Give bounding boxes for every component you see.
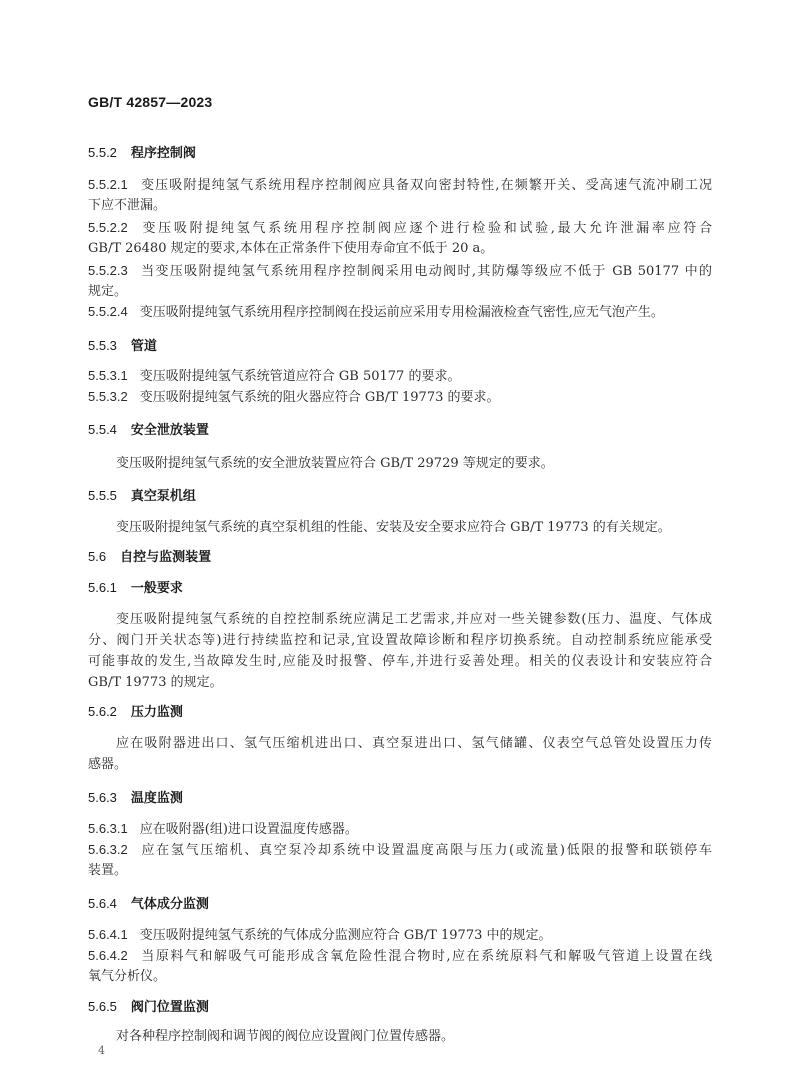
section-heading: 5.5.3管道 [88, 336, 157, 357]
section-title: 安全泄放装置 [131, 423, 209, 438]
text: 变压吸附提纯氢气系统用程序控制阀应逐个进行检验和试验,最大允许泄漏率应符合 [140, 221, 712, 236]
paragraph-text-line: GB/T 19773 的规定。 [88, 673, 712, 693]
clause-text-line: 5.5.2.2变压吸附提纯氢气系统用程序控制阀应逐个进行检验和试验,最大允许泄漏… [88, 218, 712, 239]
section-number: 5.6.5 [88, 999, 117, 1014]
text: 应在氢气压缩机、真空泵冷却系统中设置温度高限与压力(或流量)低限的报警和联锁停车 [140, 843, 712, 858]
section-number: 5.6.4 [88, 896, 117, 911]
clause-text-line: 5.6.4.2当原料气和解吸气可能形成含氧危险性混合物时,应在系统原料气和解吸气… [88, 946, 712, 967]
text: 变压吸附提纯氢气系统用程序控制阀在投运前应采用专用检漏液检查气密性,应无气泡产生… [140, 305, 664, 320]
section-number: 5.5.3 [88, 338, 117, 353]
page-number: 4 [98, 1044, 105, 1057]
section-title: 真空泵机组 [131, 489, 196, 504]
section-title: 程序控制阀 [131, 146, 196, 161]
clause-number: 5.5.3.2 [88, 389, 128, 404]
section-heading: 5.6自控与监测装置 [88, 547, 211, 568]
clause-text-line: 规定。 [88, 282, 712, 302]
section-number: 5.6.1 [88, 580, 117, 595]
clause-number: 5.5.2.2 [88, 220, 128, 235]
text: 感器。 [88, 757, 127, 772]
section-heading: 5.6.4气体成分监测 [88, 894, 209, 915]
text: 变压吸附提纯氢气系统的自控控制系统应满足工艺需求,并应对一些关键参数(压力、温度… [116, 612, 712, 627]
section-heading: 5.6.1一般要求 [88, 578, 183, 599]
text: 氧气分析仪。 [88, 969, 166, 984]
text: 规定。 [88, 284, 127, 299]
clause-text-line: 下应不泄漏。 [88, 196, 712, 216]
paragraph-text-line: 分、阀门开关状态等)进行持续监控和记录,宜设置故障诊断和程序切换系统。自动控制系… [88, 631, 712, 651]
section-number: 5.6 [88, 549, 106, 564]
section-number: 5.5.4 [88, 422, 117, 437]
clause-text-line: 装置。 [88, 861, 712, 881]
text: 应在吸附器(组)进口设置温度传感器。 [140, 822, 358, 837]
clause-number: 5.5.2.1 [88, 177, 128, 192]
section-title: 一般要求 [131, 581, 183, 596]
text: 变压吸附提纯氢气系统的真空泵机组的性能、安装及安全要求应符合 GB/T 1977… [116, 520, 671, 535]
text: 变压吸附提纯氢气系统的阻火器应符合 GB/T 19773 的要求。 [140, 390, 500, 405]
section-heading: 5.5.4安全泄放装置 [88, 420, 209, 441]
text: 分、阀门开关状态等)进行持续监控和记录,宜设置故障诊断和程序切换系统。自动控制系… [88, 633, 712, 648]
section-title: 压力监测 [131, 705, 183, 720]
clause-number: 5.6.4.2 [88, 948, 128, 963]
text: 当原料气和解吸气可能形成含氧危险性混合物时,应在系统原料气和解吸气管道上设置在线 [140, 949, 712, 964]
section-title: 自控与监测装置 [120, 550, 211, 565]
section-title: 气体成分监测 [131, 897, 209, 912]
paragraph-text-line: 对各种程序控制阀和调节阀的阀位应设置阀门位置传感器。 [116, 1027, 712, 1047]
section-heading: 5.6.5阀门位置监测 [88, 997, 209, 1018]
text: 对各种程序控制阀和调节阀的阀位应设置阀门位置传感器。 [116, 1029, 454, 1044]
text: 可能事故的发生,当故障发生时,应能及时报警、停车,并进行妥善处理。相关的仪表设计… [88, 654, 712, 669]
clause-text-line: 5.5.3.1变压吸附提纯氢气系统管道应符合 GB 50177 的要求。 [88, 366, 712, 387]
clause-text-line: 5.5.2.4变压吸附提纯氢气系统用程序控制阀在投运前应采用专用检漏液检查气密性… [88, 302, 712, 323]
section-heading: 5.5.5真空泵机组 [88, 486, 196, 507]
clause-text-line: 5.5.3.2变压吸附提纯氢气系统的阻火器应符合 GB/T 19773 的要求。 [88, 387, 712, 408]
section-heading: 5.5.2程序控制阀 [88, 143, 196, 164]
text: 变压吸附提纯氢气系统管道应符合 GB 50177 的要求。 [140, 369, 461, 384]
section-number: 5.6.3 [88, 790, 117, 805]
section-number: 5.5.2 [88, 145, 117, 160]
section-number: 5.6.2 [88, 704, 117, 719]
text: GB/T 19773 的规定。 [88, 675, 223, 690]
document-page: GB/T 42857—2023 5.5.2程序控制阀5.5.2.1变压吸附提纯氢… [0, 0, 794, 1070]
clause-text-line: 5.6.3.1应在吸附器(组)进口设置温度传感器。 [88, 819, 712, 840]
text: 装置。 [88, 863, 127, 878]
section-heading: 5.6.2压力监测 [88, 702, 183, 723]
paragraph-text-line: 变压吸附提纯氢气系统的真空泵机组的性能、安装及安全要求应符合 GB/T 1977… [116, 518, 712, 538]
clause-number: 5.5.2.3 [88, 263, 128, 278]
section-title: 温度监测 [131, 791, 183, 806]
text: 变压吸附提纯氢气系统的气体成分监测应符合 GB/T 19773 中的规定。 [140, 928, 552, 943]
clause-text-line: 5.5.2.3当变压吸附提纯氢气系统用程序控制阀采用电动阀时,其防爆等级应不低于… [88, 261, 712, 282]
paragraph-text-line: 变压吸附提纯氢气系统的自控控制系统应满足工艺需求,并应对一些关键参数(压力、温度… [116, 610, 712, 630]
paragraph-text-line: 变压吸附提纯氢气系统的安全泄放装置应符合 GB/T 29729 等规定的要求。 [116, 454, 712, 474]
text: 变压吸附提纯氢气系统的安全泄放装置应符合 GB/T 29729 等规定的要求。 [116, 456, 554, 471]
document-id-header: GB/T 42857—2023 [88, 94, 212, 110]
paragraph-text-line: 感器。 [88, 755, 712, 775]
clause-text-line: 5.6.3.2应在氢气压缩机、真空泵冷却系统中设置温度高限与压力(或流量)低限的… [88, 840, 712, 861]
clause-number: 5.6.3.2 [88, 842, 128, 857]
clause-text-line: 5.5.2.1变压吸附提纯氢气系统用程序控制阀应具备双向密封特性,在频繁开关、受… [88, 175, 712, 196]
text: GB/T 26480 规定的要求,本体在正常条件下使用寿命宜不低于 20 a。 [88, 241, 493, 256]
text: 变压吸附提纯氢气系统用程序控制阀应具备双向密封特性,在频繁开关、受高速气流冲刷工… [140, 178, 712, 193]
text: 当变压吸附提纯氢气系统用程序控制阀采用电动阀时,其防爆等级应不低于 GB 501… [140, 264, 712, 279]
clause-number: 5.5.2.4 [88, 304, 128, 319]
section-heading: 5.6.3温度监测 [88, 788, 183, 809]
clause-text-line: 氧气分析仪。 [88, 967, 712, 987]
text: 下应不泄漏。 [88, 198, 166, 213]
clause-text-line: 5.6.4.1变压吸附提纯氢气系统的气体成分监测应符合 GB/T 19773 中… [88, 925, 712, 946]
section-title: 管道 [131, 339, 157, 354]
section-number: 5.5.5 [88, 488, 117, 503]
clause-number: 5.5.3.1 [88, 368, 128, 383]
paragraph-text-line: 可能事故的发生,当故障发生时,应能及时报警、停车,并进行妥善处理。相关的仪表设计… [88, 652, 712, 672]
text: 应在吸附器进出口、氢气压缩机进出口、真空泵进出口、氢气储罐、仪表空气总管处设置压… [116, 736, 712, 751]
paragraph-text-line: 应在吸附器进出口、氢气压缩机进出口、真空泵进出口、氢气储罐、仪表空气总管处设置压… [116, 734, 712, 754]
clause-number: 5.6.3.1 [88, 821, 128, 836]
clause-number: 5.6.4.1 [88, 927, 128, 942]
clause-text-line: GB/T 26480 规定的要求,本体在正常条件下使用寿命宜不低于 20 a。 [88, 239, 712, 259]
section-title: 阀门位置监测 [131, 1000, 209, 1015]
